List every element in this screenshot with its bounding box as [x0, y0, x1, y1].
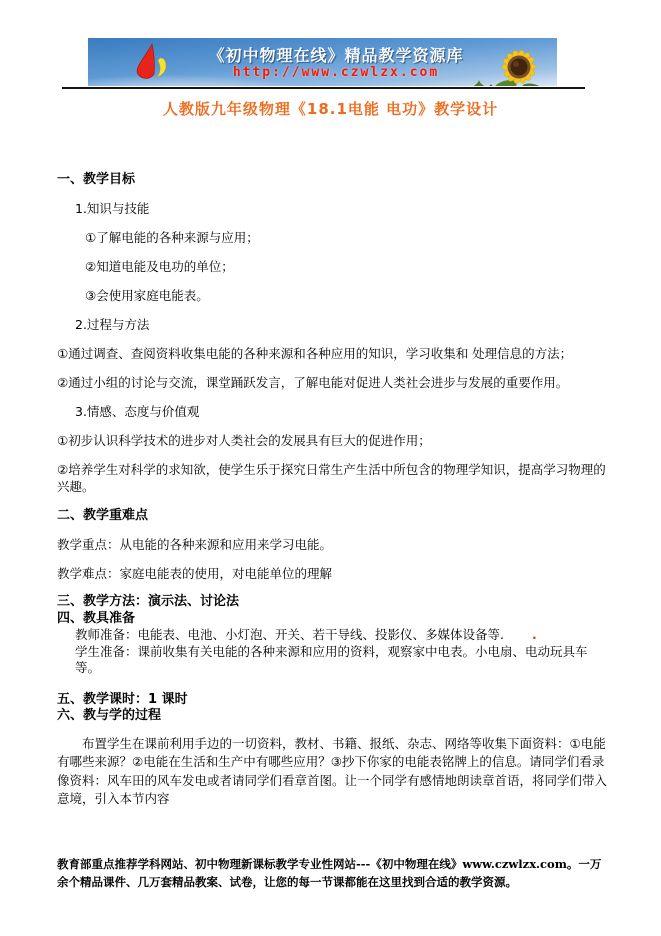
- body-line: ①初步认识科学技术的进步对人类社会的发展具有巨大的促进作用；: [57, 432, 607, 449]
- section-heading-key-points: 二、教学重难点: [57, 507, 607, 524]
- site-logo-icon: [124, 43, 178, 85]
- footer-promo-text: 教育部重点推荐学科网站、初中物理新课标教学专业性网站---《初中物理在线》www…: [57, 855, 609, 891]
- header-divider: [62, 87, 585, 89]
- body-line-text: 教师准备：电能表、电池、小灯泡、开关、若干导线、投影仪、多媒体设备等.: [75, 627, 504, 642]
- body-line: ①了解电能的各种来源与应用；: [57, 229, 607, 246]
- page-title: 人教版九年级物理《18.1电能 电功》教学设计: [0, 98, 661, 119]
- body-line: 教师准备：电能表、电池、小灯泡、开关、若干导线、投影仪、多媒体设备等..: [57, 627, 607, 644]
- site-url-link[interactable]: http://www.czwlzx.com: [186, 65, 486, 80]
- document-body: 一、教学目标 1.知识与技能 ①了解电能的各种来源与应用； ②知道电能及电功的单…: [57, 171, 607, 809]
- process-paragraph: 布置学生在课前利用手边的一切资料，教材、书籍、报纸、杂志、网络等收集下面资料：①…: [57, 735, 607, 809]
- body-line: 3.情感、态度与价值观: [57, 403, 607, 420]
- section-heading-objectives: 一、教学目标: [57, 171, 607, 188]
- body-line: 教学难点：家庭电能表的使用，对电能单位的理解: [57, 565, 607, 582]
- body-line: 教学重点：从电能的各种来源和应用来学习电能。: [57, 536, 607, 553]
- body-line: 1.知识与技能: [57, 200, 607, 217]
- section-heading-process: 六、教与学的过程: [57, 708, 607, 725]
- body-line: ②培养学生对科学的求知欲，使学生乐于探究日常生产生活中所包含的物理学知识，提高学…: [57, 461, 607, 495]
- document-page: 《初中物理在线》精品教学资源库 http://www.czwlzx.com: [0, 0, 661, 936]
- body-line: ②知道电能及电功的单位；: [57, 258, 607, 275]
- section-heading-periods: 五、教学课时：1 课时: [57, 692, 607, 709]
- red-dot-mark: .: [532, 627, 537, 642]
- section-heading-methods: 三、教学方法：演示法、讨论法: [57, 594, 607, 611]
- sunflower-icon: [467, 40, 555, 86]
- site-title: 《初中物理在线》精品教学资源库: [186, 43, 486, 66]
- section-heading-aids: 四、教具准备: [57, 611, 607, 628]
- body-line: 学生准备：课前收集有关电能的各种来源和应用的资料，观察家中电表。小电扇、电动玩具…: [57, 644, 607, 677]
- body-line: ②通过小组的讨论与交流，课堂踊跃发言，了解电能对促进人类社会进步与发展的重要作用…: [57, 374, 607, 391]
- body-line: ③会使用家庭电能表。: [57, 287, 607, 304]
- body-line: 2.过程与方法: [57, 316, 607, 333]
- site-header-banner: 《初中物理在线》精品教学资源库 http://www.czwlzx.com: [88, 38, 557, 86]
- body-line: ①通过调查、查阅资料收集电能的各种来源和各种应用的知识，学习收集和 处理信息的方…: [57, 345, 607, 362]
